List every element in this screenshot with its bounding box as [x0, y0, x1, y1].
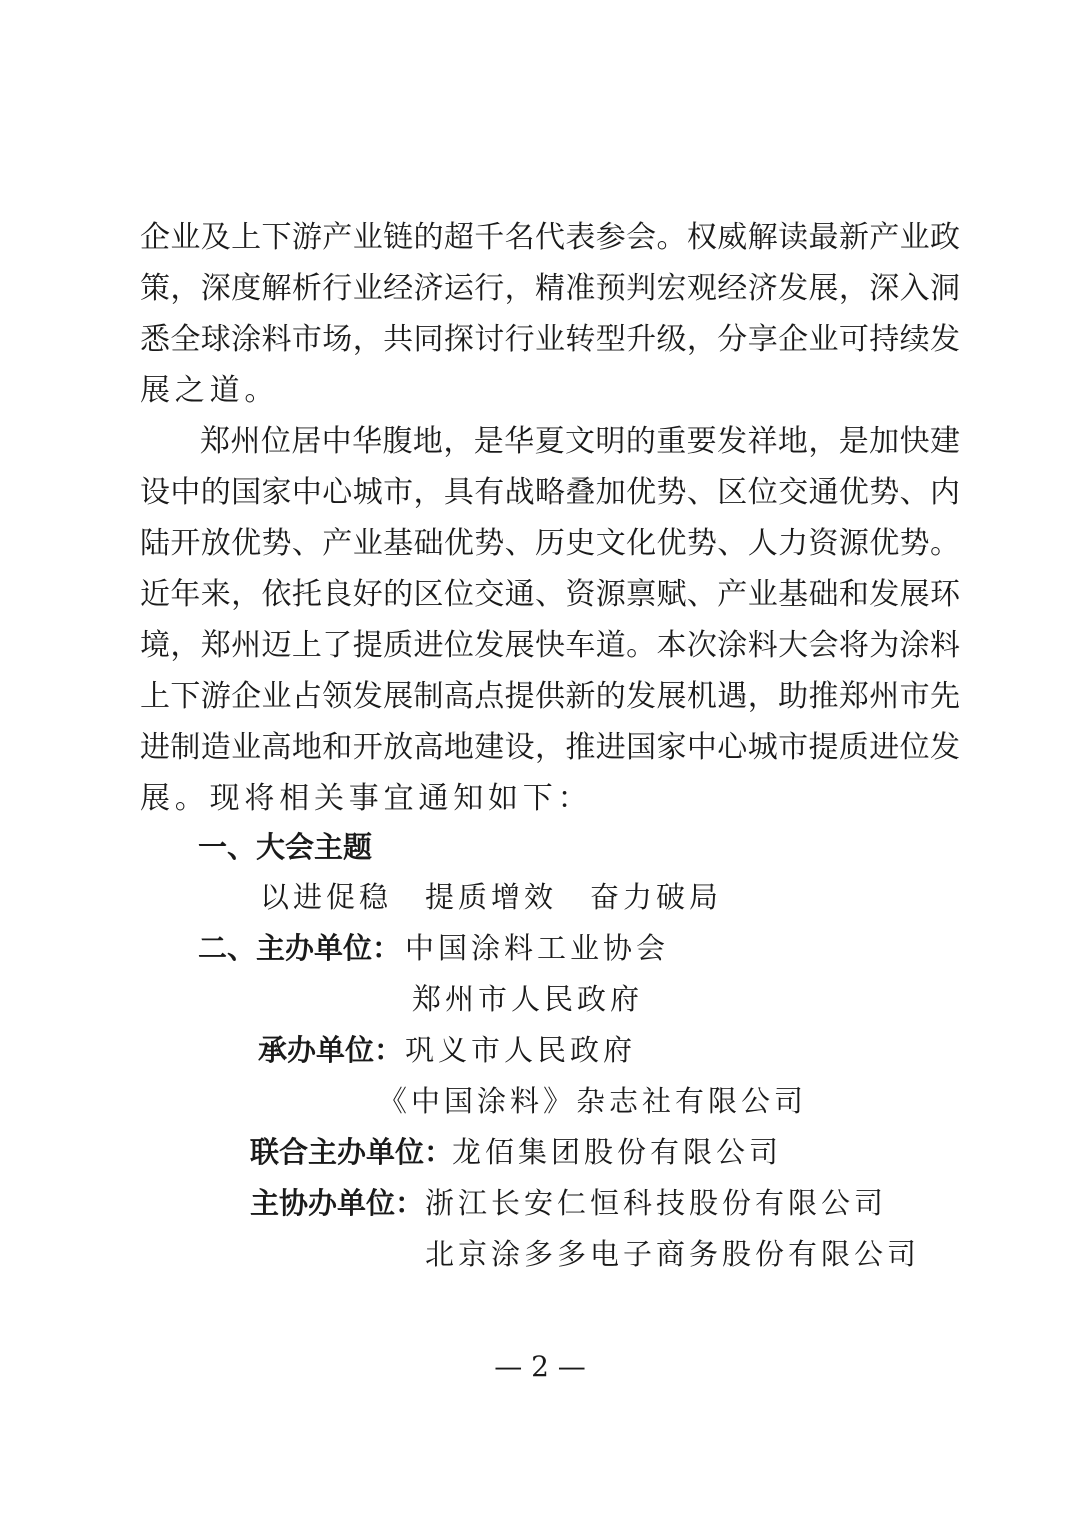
main-co-organizer-item: 北京涂多多电子商务股份有限公司: [425, 1234, 920, 1274]
section-heading-theme: 一、大会主题: [198, 827, 372, 867]
conference-theme: 以进促稳 提质增效 奋力破局: [260, 877, 722, 917]
text-line: 进制造业高地和开放高地建设，推进国家中心城市提质进位发: [140, 726, 960, 770]
organizer-item: 《中国涂料》杂志社有限公司: [378, 1081, 807, 1121]
text-line: 企业及上下游产业链的超千名代表参会。权威解读最新产业政: [140, 216, 960, 260]
main-co-organizer-label: 主协办单位：: [250, 1183, 424, 1223]
document-page: 企业及上下游产业链的超千名代表参会。权威解读最新产业政 策，深度解析行业经济运行…: [0, 0, 1080, 1527]
text-line: 近年来，依托良好的区位交通、资源禀赋、产业基础和发展环: [140, 573, 960, 617]
text-line: 郑州位居中华腹地，是华夏文明的重要发祥地，是加快建: [200, 420, 960, 464]
text-line: 设中的国家中心城市，具有战略叠加优势、区位交通优势、内: [140, 471, 960, 515]
host-item: 郑州市人民政府: [412, 979, 643, 1019]
co-host-label: 联合主办单位：: [250, 1132, 453, 1172]
text-line: 陆开放优势、产业基础优势、历史文化优势、人力资源优势。: [140, 522, 960, 566]
text-line: 策，深度解析行业经济运行，精准预判宏观经济发展，深入洞: [140, 267, 960, 311]
text-line: 境，郑州迈上了提质进位发展快车道。本次涂料大会将为涂料: [140, 624, 960, 668]
co-host-item: 龙佰集团股份有限公司: [452, 1132, 782, 1172]
text-line: 上下游企业占领发展制高点提供新的发展机遇，助推郑州市先: [140, 675, 960, 719]
text-line: 悉全球涂料市场，共同探讨行业转型升级，分享企业可持续发: [140, 318, 960, 362]
text-line: 展。现将相关事宜通知如下：: [140, 777, 592, 821]
organizer-label: 承办单位：: [258, 1030, 403, 1070]
section-heading-hosts: 二、主办单位：: [198, 928, 401, 968]
host-item: 中国涂料工业协会: [405, 928, 669, 968]
text-line: 展之道。: [140, 369, 279, 413]
organizer-item: 巩义市人民政府: [405, 1030, 636, 1070]
page-number: — 2 —: [0, 1347, 1080, 1387]
main-co-organizer-item: 浙江长安仁恒科技股份有限公司: [425, 1183, 887, 1223]
